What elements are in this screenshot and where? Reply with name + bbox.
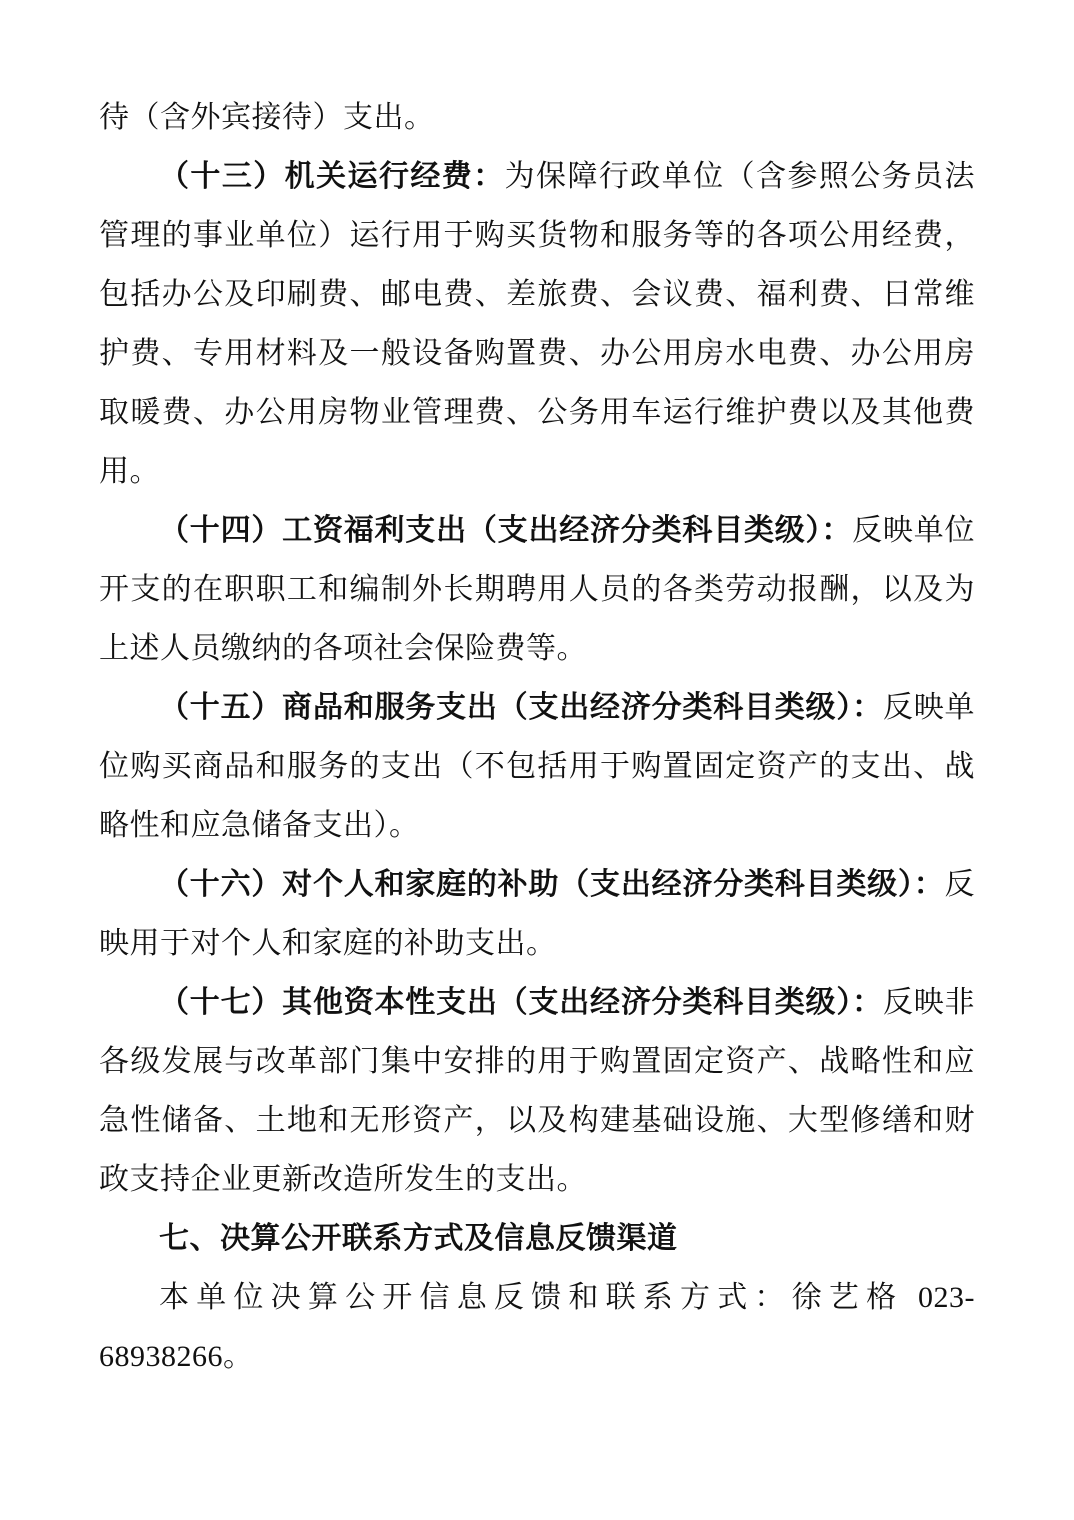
paragraph-continuation: 待（含外宾接待）支出。 xyxy=(99,88,975,147)
paragraph-lead: （十六）对个人和家庭的补助（支出经济分类科目类级）： xyxy=(159,868,945,901)
section-heading: 七、决算公开联系方式及信息反馈渠道 xyxy=(99,1209,975,1268)
document-page: 待（含外宾接待）支出。 （十三）机关运行经费：为保障行政单位（含参照公务员法管理… xyxy=(0,0,1074,1520)
paragraph-text: 待（含外宾接待）支出。 xyxy=(99,101,435,134)
paragraph-lead: （十四）工资福利支出（支出经济分类科目类级）： xyxy=(159,514,852,547)
paragraph-lead: （十五）商品和服务支出（支出经济分类科目类级）： xyxy=(159,691,883,724)
paragraph-item-15: （十五）商品和服务支出（支出经济分类科目类级）：反映单位购买商品和服务的支出（不… xyxy=(99,678,975,855)
paragraph-lead: （十三）机关运行经费： xyxy=(159,160,505,193)
paragraph-lead: （十七）其他资本性支出（支出经济分类科目类级）： xyxy=(159,986,883,1019)
paragraph-contact: 本单位决算公开信息反馈和联系方式：徐艺格 023-68938266。 xyxy=(99,1268,975,1386)
paragraph-item-16: （十六）对个人和家庭的补助（支出经济分类科目类级）：反映用于对个人和家庭的补助支… xyxy=(99,855,975,973)
paragraph-item-13: （十三）机关运行经费：为保障行政单位（含参照公务员法管理的事业单位）运行用于购买… xyxy=(99,147,975,501)
paragraph-item-14: （十四）工资福利支出（支出经济分类科目类级）：反映单位开支的在职职工和编制外长期… xyxy=(99,501,975,678)
document-content: 待（含外宾接待）支出。 （十三）机关运行经费：为保障行政单位（含参照公务员法管理… xyxy=(0,0,1074,1386)
paragraph-item-17: （十七）其他资本性支出（支出经济分类科目类级）：反映非各级发展与改革部门集中安排… xyxy=(99,973,975,1209)
contact-text: 本单位决算公开信息反馈和联系方式：徐艺格 023-68938266。 xyxy=(99,1281,975,1373)
paragraph-text: 为保障行政单位（含参照公务员法管理的事业单位）运行用于购买货物和服务等的各项公用… xyxy=(99,160,975,488)
